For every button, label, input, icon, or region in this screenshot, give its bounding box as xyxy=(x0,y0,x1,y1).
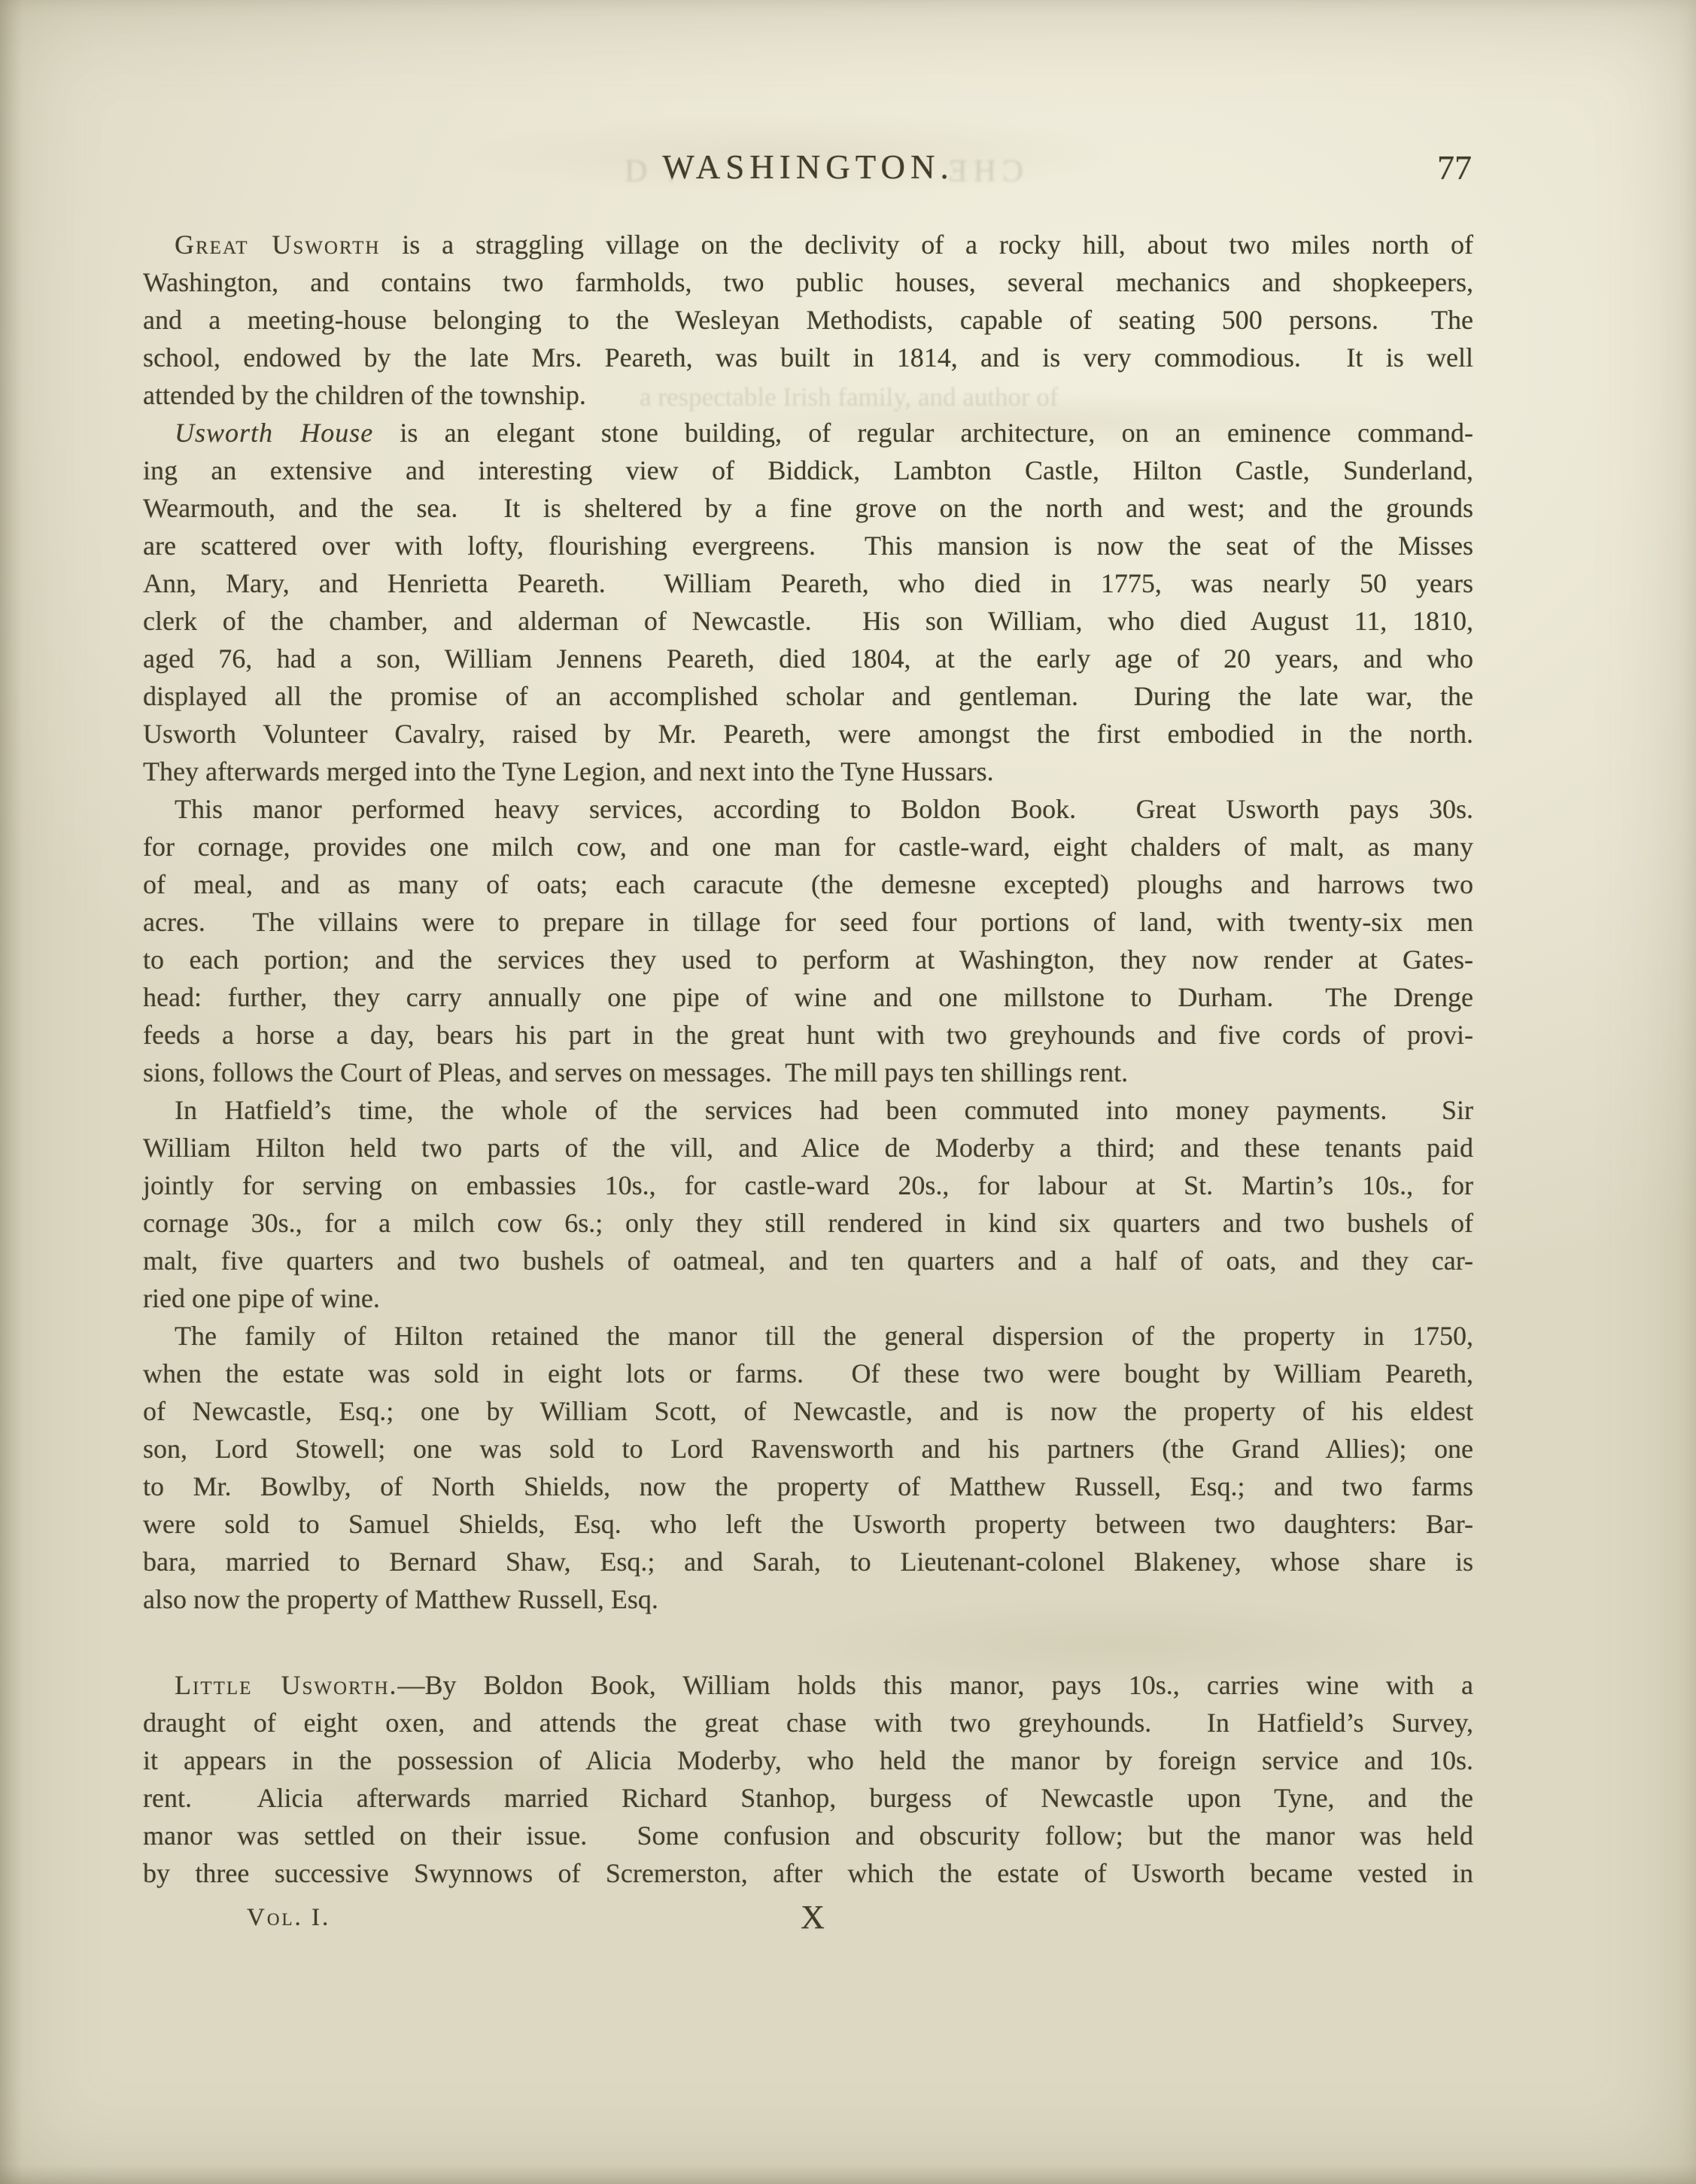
text-line: to Mr. Bowlby, of North Shields, now the… xyxy=(143,1468,1473,1505)
book-page-scan: D . WASHINGTON. CHE 77 a respectable Iri… xyxy=(0,0,1696,2184)
text-line: were sold to Samuel Shields, Esq. who le… xyxy=(143,1505,1473,1543)
paper-edge-shadow xyxy=(0,0,23,2184)
text-line: are scattered over with lofty, flourishi… xyxy=(143,527,1473,564)
volume-label: Vol. I. xyxy=(247,1904,330,1932)
text-line: Little Usworth.—By Boldon Book, William … xyxy=(143,1666,1473,1704)
text-line-rest: In Hatfield’s time, the whole of the ser… xyxy=(175,1095,1473,1125)
body-text: Great Usworth is a straggling village on… xyxy=(143,226,1473,1892)
paragraph-lead: Little Usworth. xyxy=(175,1670,398,1700)
text-line: Wearmouth, and the sea. It is sheltered … xyxy=(143,489,1473,527)
text-line: Ann, Mary, and Henrietta Peareth. Willia… xyxy=(143,564,1473,602)
text-line: They afterwards merged into the Tyne Leg… xyxy=(143,753,1473,790)
showthrough-ghost-right: CHE xyxy=(942,154,1023,190)
text-line: Usworth Volunteer Cavalry, raised by Mr.… xyxy=(143,715,1473,753)
text-line: clerk of the chamber, and alderman of Ne… xyxy=(143,602,1473,640)
text-line: Usworth House is an elegant stone buildi… xyxy=(143,414,1473,452)
paragraph-lines: Washington, and contains two farmholds, … xyxy=(143,263,1473,376)
text-line-rest: The family of Hilton retained the manor … xyxy=(175,1321,1473,1351)
paper-edge-shadow xyxy=(0,2164,1696,2184)
text-line: jointly for serving on embassies 10s., f… xyxy=(143,1167,1473,1204)
text-line: for cornage, provides one milch cow, and… xyxy=(143,828,1473,865)
text-line: Washington, and contains two farmholds, … xyxy=(143,263,1473,301)
paragraph-lines: draught of eight oxen, and attends the g… xyxy=(143,1704,1473,1892)
paragraph-lines: when the estate was sold in eight lots o… xyxy=(143,1355,1473,1580)
paragraph-usworth-house: Usworth House is an elegant stone buildi… xyxy=(143,414,1473,790)
paragraph-great-usworth: Great Usworth is a straggling village on… xyxy=(143,226,1473,414)
text-line: manor was settled on their issue. Some c… xyxy=(143,1817,1473,1854)
paragraph-lines: William Hilton held two parts of the vil… xyxy=(143,1129,1473,1279)
text-line: school, endowed by the late Mrs. Peareth… xyxy=(143,339,1473,376)
text-line: when the estate was sold in eight lots o… xyxy=(143,1355,1473,1392)
text-line: feeds a horse a day, bears his part in t… xyxy=(143,1016,1473,1054)
text-line: malt, five quarters and two bushels of o… xyxy=(143,1242,1473,1279)
text-line: In Hatfield’s time, the whole of the ser… xyxy=(143,1091,1473,1129)
text-line: sions, follows the Court of Pleas, and s… xyxy=(143,1054,1473,1091)
text-line: also now the property of Matthew Russell… xyxy=(143,1580,1473,1618)
text-line: displayed all the promise of an accompli… xyxy=(143,677,1473,715)
text-line: and a meeting-house belonging to the Wes… xyxy=(143,301,1473,339)
signature-mark: X xyxy=(779,1898,846,1936)
paragraph-hatfield-commutation: In Hatfield’s time, the whole of the ser… xyxy=(143,1091,1473,1317)
text-line: by three successive Swynnows of Scremers… xyxy=(143,1854,1473,1892)
text-line: son, Lord Stowell; one was sold to Lord … xyxy=(143,1430,1473,1468)
text-line: attended by the children of the township… xyxy=(143,376,1473,414)
text-line: bara, married to Bernard Shaw, Esq.; and… xyxy=(143,1543,1473,1580)
text-line: to each portion; and the services they u… xyxy=(143,941,1473,978)
text-line: head: further, they carry annually one p… xyxy=(143,978,1473,1016)
paragraph-lines: ing an extensive and interesting view of… xyxy=(143,452,1473,753)
paragraph-little-usworth: Little Usworth.—By Boldon Book, William … xyxy=(143,1666,1473,1892)
text-line: of Newcastle, Esq.; one by William Scott… xyxy=(143,1392,1473,1430)
paragraph-boldon-services: This manor performed heavy services, acc… xyxy=(143,790,1473,1091)
text-line: aged 76, had a son, William Jennens Pear… xyxy=(143,640,1473,677)
page-number: 77 xyxy=(1437,148,1472,187)
text-line: ried one pipe of wine. xyxy=(143,1279,1473,1317)
page-header: D . WASHINGTON. CHE 77 xyxy=(143,148,1473,200)
text-line: Great Usworth is a straggling village on… xyxy=(143,226,1473,263)
paragraph-lead: Great Usworth xyxy=(175,230,380,260)
paragraph-lines: for cornage, provides one milch cow, and… xyxy=(143,828,1473,1054)
text-line: The family of Hilton retained the manor … xyxy=(143,1317,1473,1355)
text-line: draught of eight oxen, and attends the g… xyxy=(143,1704,1473,1741)
text-line-rest: —By Boldon Book, William holds this mano… xyxy=(398,1670,1473,1700)
paragraph-hilton-dispersion: The family of Hilton retained the manor … xyxy=(143,1317,1473,1618)
text-line: it appears in the possession of Alicia M… xyxy=(143,1741,1473,1779)
text-line: William Hilton held two parts of the vil… xyxy=(143,1129,1473,1167)
text-line: acres. The villains were to prepare in t… xyxy=(143,903,1473,941)
running-title: WASHINGTON. xyxy=(143,148,1473,187)
text-line: ing an extensive and interesting view of… xyxy=(143,452,1473,489)
text-line: of meal, and as many of oats; each carac… xyxy=(143,865,1473,903)
text-line-rest: is an elegant stone building, of regular… xyxy=(373,418,1473,448)
text-line-rest: is a straggling village on the declivity… xyxy=(380,230,1473,260)
text-line: cornage 30s., for a milch cow 6s.; only … xyxy=(143,1204,1473,1242)
text-line: rent. Alicia afterwards married Richard … xyxy=(143,1779,1473,1817)
text-line-rest: This manor performed heavy services, acc… xyxy=(175,794,1473,824)
text-line: This manor performed heavy services, acc… xyxy=(143,790,1473,828)
paragraph-lead: Usworth House xyxy=(175,418,373,448)
